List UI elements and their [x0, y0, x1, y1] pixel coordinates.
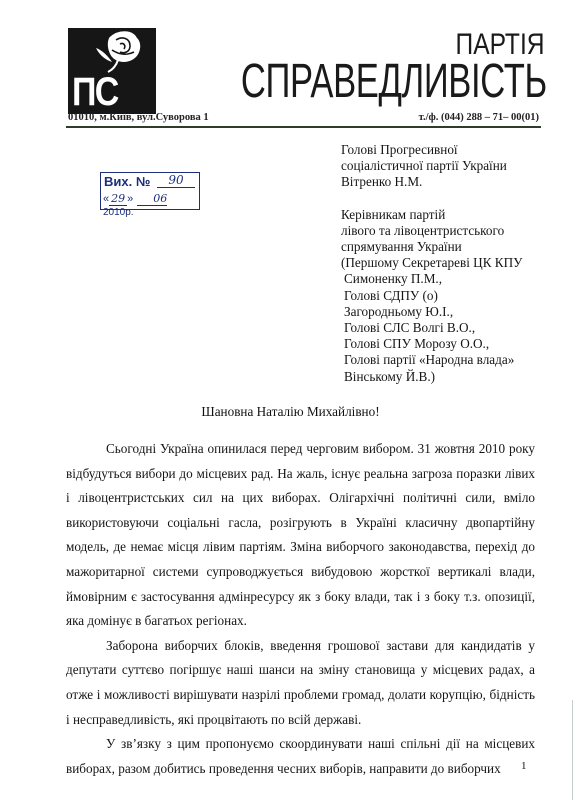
addressee-line: Симоненку П.М., [341, 271, 522, 287]
addressee-primary: Голові Прогресивної соціалістичної парті… [341, 142, 522, 191]
outgoing-stamp: Вих. № 90 «29»06 2010р. [100, 172, 200, 210]
addressee-line: спрямування України [341, 239, 522, 255]
body-paragraph: У зв’язку з цим пропонуємо скоординувати… [66, 732, 535, 781]
stamp-date: «29»06 2010р. [103, 192, 197, 218]
letter-body: Сьогодні Україна опинилася перед чергови… [66, 437, 535, 781]
header-rule [66, 126, 541, 128]
logo-letters: ПС [72, 72, 118, 112]
addressee-line: Голові партії «Народна влада» [341, 352, 522, 368]
addressee-line: Голові СПУ Морозу О.О., [341, 336, 522, 352]
addressee-line: (Першому Секретареві ЦК КПУ [341, 255, 522, 271]
addressee-block: Голові Прогресивної соціалістичної парті… [341, 142, 522, 401]
stamp-close-quote: » [127, 193, 133, 205]
stamp-month: 06 [137, 192, 167, 206]
party-name: СПРАВЕДЛИВІСТЬ [241, 58, 547, 106]
party-address: 01010, м.Київ, вул.Суворова 1 [68, 112, 209, 123]
stamp-label: Вих. № [104, 174, 150, 189]
body-paragraph: Заборона виборчих блоків, введення грошо… [66, 634, 535, 732]
stamp-day: 29 [109, 192, 127, 206]
addressee-secondary: Керівникам партій лівого та лівоцентрист… [341, 207, 522, 385]
stamp-number: 90 [157, 173, 195, 188]
party-logo: ПС [68, 28, 156, 114]
addressee-line: лівого та лівоцентристського [341, 223, 522, 239]
scan-edge-artifact [572, 700, 573, 800]
body-paragraph: Сьогодні Україна опинилася перед чергови… [66, 437, 535, 634]
stamp-year: 2010р. [103, 207, 134, 218]
addressee-line: Голові Прогресивної [341, 142, 522, 158]
party-phone: т./ф. (044) 288 – 71– 00(01) [419, 112, 539, 123]
addressee-line: Вітренко Н.М. [341, 174, 522, 190]
addressee-line: Керівникам партій [341, 207, 522, 223]
letter-page: ПС ПАРТІЯ СПРАВЕДЛИВІСТЬ 01010, м.Київ, … [0, 0, 581, 800]
addressee-line: соціалістичної партії України [341, 158, 522, 174]
addressee-line: Голові СЛС Волгі В.О., [341, 320, 522, 336]
addressee-line: Голові СДПУ (о) [341, 288, 522, 304]
addressee-line: Вінському Й.В.) [341, 369, 522, 385]
page-number: 1 [521, 760, 527, 772]
salutation: Шановна Наталію Михайлівно! [0, 404, 581, 420]
addressee-line: Загородньому Ю.І., [341, 304, 522, 320]
